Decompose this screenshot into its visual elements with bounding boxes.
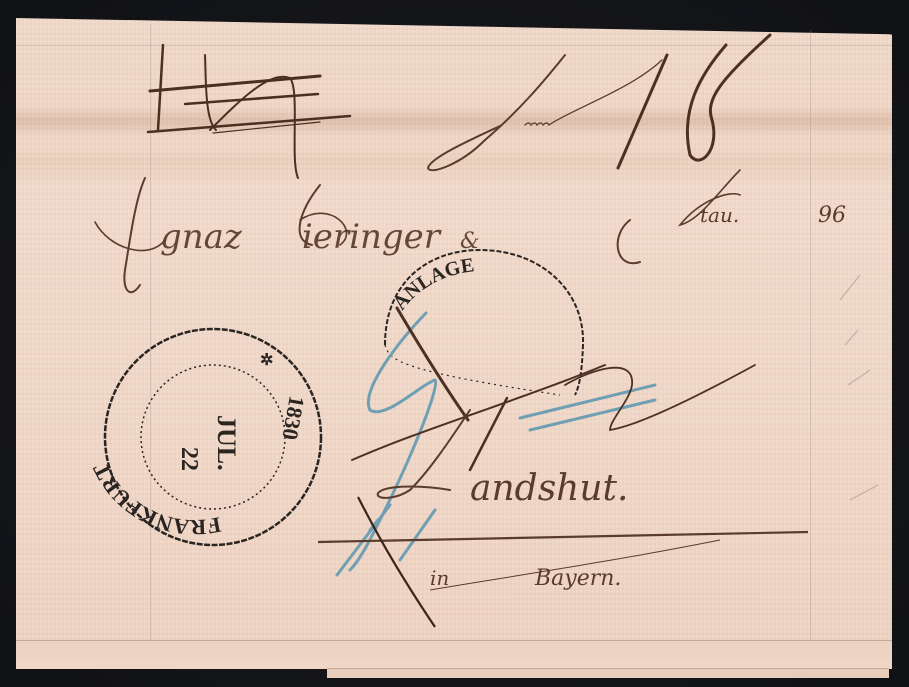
fold-line-vertical-left xyxy=(150,24,151,640)
bottom-underlayer-flap xyxy=(327,668,889,678)
fold-line-vertical-right xyxy=(810,30,811,640)
fold-line-horizontal xyxy=(16,45,892,46)
bottom-fold-flap xyxy=(16,640,892,669)
photo-stage: gnazieringer& tau. 96 FRANKFURT 22 JUL. … xyxy=(0,0,909,687)
letter-cover xyxy=(16,18,892,668)
